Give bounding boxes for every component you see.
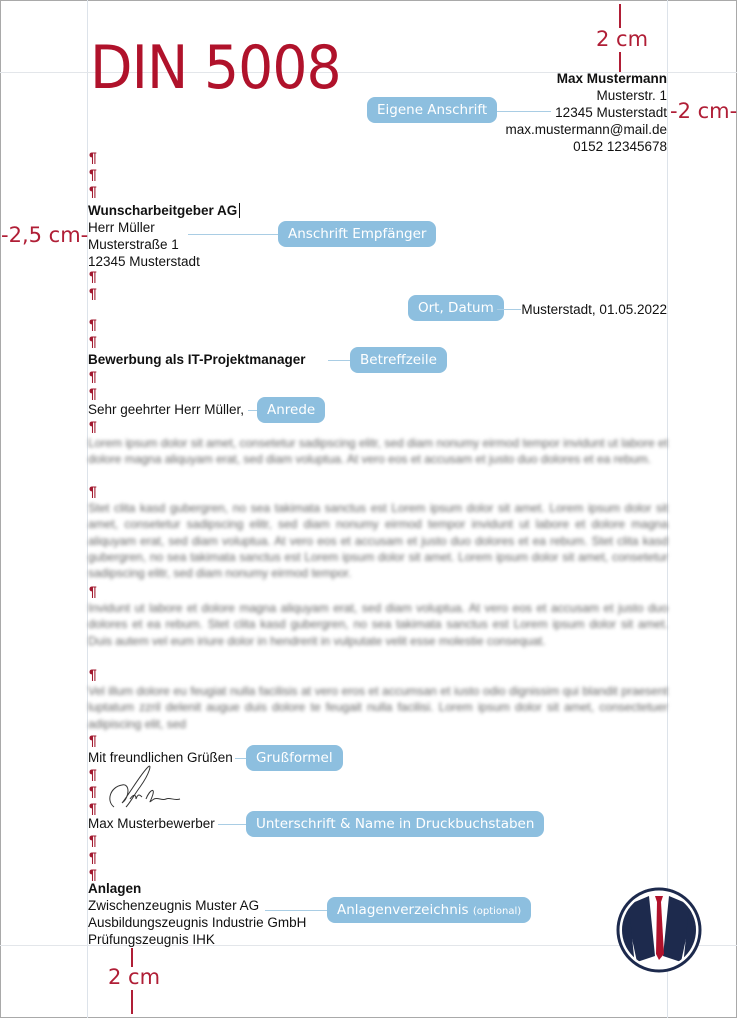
pilcrow: ¶ (89, 849, 97, 866)
sender-street: Musterstr. 1 (596, 87, 667, 104)
pilcrow: ¶ (89, 285, 97, 302)
recipient-street: Musterstraße 1 (88, 236, 179, 253)
subject-line: Bewerbung als IT-Projektmanager (88, 351, 306, 368)
attachments-connector (265, 910, 327, 911)
top-dimension-tick (619, 4, 621, 28)
pilcrow: ¶ (89, 666, 97, 683)
pilcrow: ¶ (89, 183, 97, 200)
date-line: Musterstadt, 01.05.2022 (521, 301, 667, 318)
sender-email: max.mustermann@mail.de (505, 121, 667, 138)
signer-name: Max Musterbewerber (88, 815, 215, 832)
page-title: DIN 5008 (90, 38, 341, 98)
sender-name: Max Mustermann (557, 70, 667, 87)
pilcrow: ¶ (89, 783, 97, 800)
right-dimension-label: -2 cm- (670, 101, 737, 122)
attachment-item: Zwischenzeugnis Muster AG (88, 897, 259, 914)
bottom-dimension-tick (131, 990, 133, 1014)
signature (100, 763, 190, 813)
salutation: Sehr geehrter Herr Müller, (88, 401, 244, 418)
body-paragraph: Invidunt ut labore et dolore magna aliqu… (88, 600, 668, 649)
attachments-heading: Anlagen (88, 880, 141, 897)
pilcrow: ¶ (89, 268, 97, 285)
recipient-company: Wunscharbeitgeber AG (88, 202, 237, 219)
attachment-item: Prüfungszeugnis IHK (88, 931, 215, 948)
sender-city: 12345 Musterstadt (555, 104, 667, 121)
suit-tie-logo-icon (615, 886, 703, 974)
signature-connector (218, 824, 246, 825)
pilcrow: ¶ (89, 583, 97, 600)
label-signature: Unterschrift & Name in Druckbuchstaben (246, 811, 544, 837)
pilcrow: ¶ (89, 149, 97, 166)
attachment-item: Ausbildungszeugnis Industrie GmbH (88, 914, 306, 931)
recipient-contact: Herr Müller (88, 219, 155, 236)
label-date: Ort, Datum (408, 295, 504, 321)
pilcrow: ¶ (89, 333, 97, 350)
label-attachments-note: (optional) (473, 906, 521, 917)
body-paragraph: Lorem ipsum dolor sit amet, consetetur s… (88, 435, 668, 468)
pilcrow: ¶ (89, 732, 97, 749)
recipient-connector (188, 234, 278, 235)
text-cursor (239, 203, 240, 218)
left-dimension-label: -2,5 cm- (1, 225, 88, 246)
pilcrow: ¶ (89, 385, 97, 402)
bottom-dimension-label: 2 cm (108, 967, 160, 988)
salutation-connector (248, 410, 257, 411)
date-connector (497, 309, 521, 310)
label-closing: Grußformel (246, 745, 343, 771)
pilcrow: ¶ (89, 418, 97, 435)
pilcrow: ¶ (89, 483, 97, 500)
pilcrow: ¶ (89, 316, 97, 333)
pilcrow: ¶ (89, 368, 97, 385)
label-sender: Eigene Anschrift (367, 97, 497, 123)
sender-connector (493, 111, 551, 112)
body-paragraph: Stet clita kasd gubergren, no sea takima… (88, 500, 668, 581)
top-dimension-tick (619, 52, 621, 72)
subject-connector (328, 360, 350, 361)
label-attachments: Anlagenverzeichnis (optional) (327, 897, 531, 923)
pilcrow: ¶ (89, 832, 97, 849)
label-subject: Betreffzeile (350, 347, 447, 373)
label-recipient: Anschrift Empfänger (278, 221, 436, 247)
label-salutation: Anrede (257, 397, 325, 423)
top-dimension-label: 2 cm (596, 29, 648, 50)
body-paragraph: Vel illum dolore eu feugiat nulla facili… (88, 683, 668, 732)
recipient-city: 12345 Musterstadt (88, 253, 200, 270)
pilcrow: ¶ (89, 766, 97, 783)
sender-phone: 0152 12345678 (573, 138, 667, 155)
pilcrow: ¶ (89, 166, 97, 183)
label-attachments-text: Anlagenverzeichnis (337, 902, 469, 918)
